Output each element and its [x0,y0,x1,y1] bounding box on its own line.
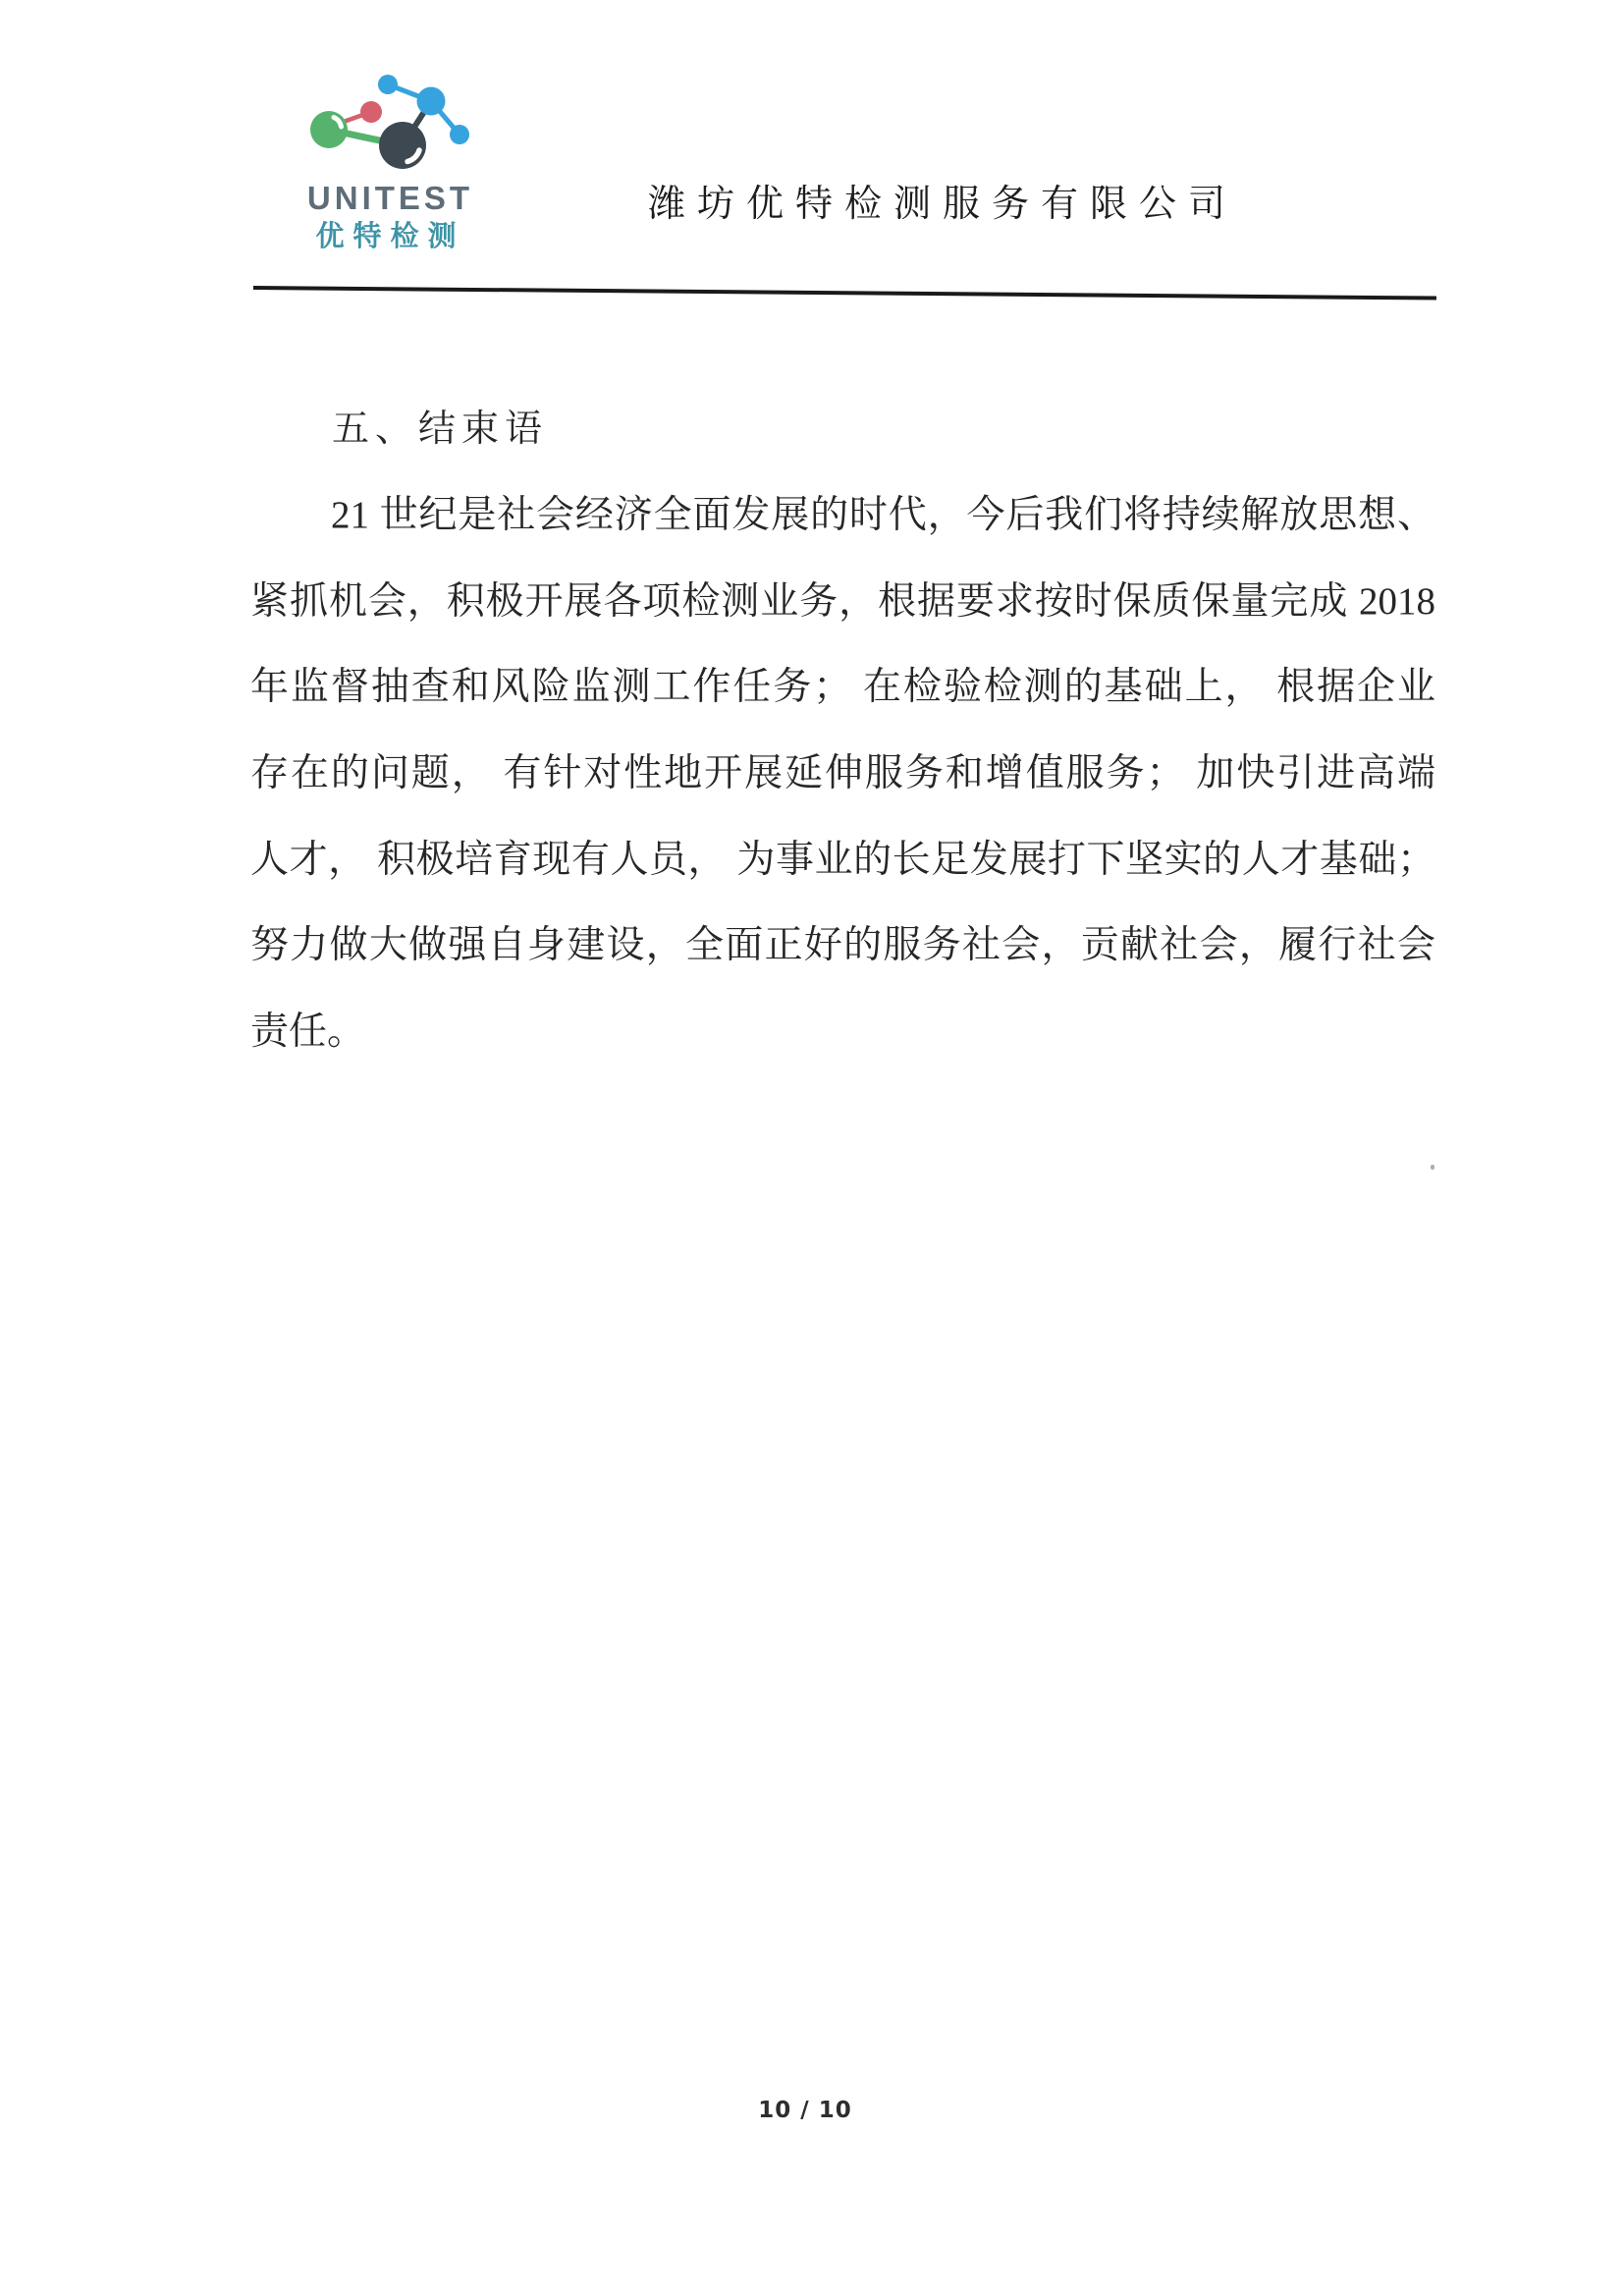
logo-atom-green [310,111,348,148]
section-heading: 五、结束语 [250,386,1435,472]
document-body: 五、结束语 21 世纪是社会经济全面发展的时代，今后我们将持续解放思想、 紧抓机… [250,386,1435,1075]
logo-atom-blue-small-right [450,125,469,144]
paragraph-line: 人才， 积极培育现有人员， 为事业的长足发展打下坚实的人才基础； [250,817,1435,903]
document-page: UNITEST 优特检测 潍坊优特检测服务有限公司 五、结束语 21 世纪是社会… [0,0,1623,2296]
paragraph-line: 年监督抽查和风险监测工作任务； 在检验检测的基础上， 根据企业 [250,644,1435,731]
logo-atom-red [360,101,382,123]
paragraph-line: 责任。 [250,989,1435,1075]
paragraph-line: 存在的问题， 有针对性地开展延伸服务和增值服务； 加快引进高端 [250,731,1435,817]
paragraph-line: 紧抓机会，积极开展各项检测业务，根据要求按时保质保量完成 2018 [250,559,1435,645]
paragraph-line: 努力做大做强自身建设，全面正好的服务社会，贡献社会，履行社会 [250,902,1435,989]
header-company-name: 潍坊优特检测服务有限公司 [648,173,1237,227]
page-number: 10 / 10 [0,2098,1610,2123]
logo-atom-blue-small-top [378,75,398,94]
logo-atom-blue-medium [417,87,446,116]
header-divider [253,286,1436,300]
logo-brand-cjk: 优特检测 [290,214,491,254]
scan-artifact-speck [1431,1165,1434,1170]
paragraph-line: 21 世纪是社会经济全面发展的时代，今后我们将持续解放思想、 [250,472,1435,559]
logo-atom-dark [379,122,426,169]
logo-brand-latin: UNITEST [290,180,491,217]
molecule-logo-icon [290,41,486,189]
